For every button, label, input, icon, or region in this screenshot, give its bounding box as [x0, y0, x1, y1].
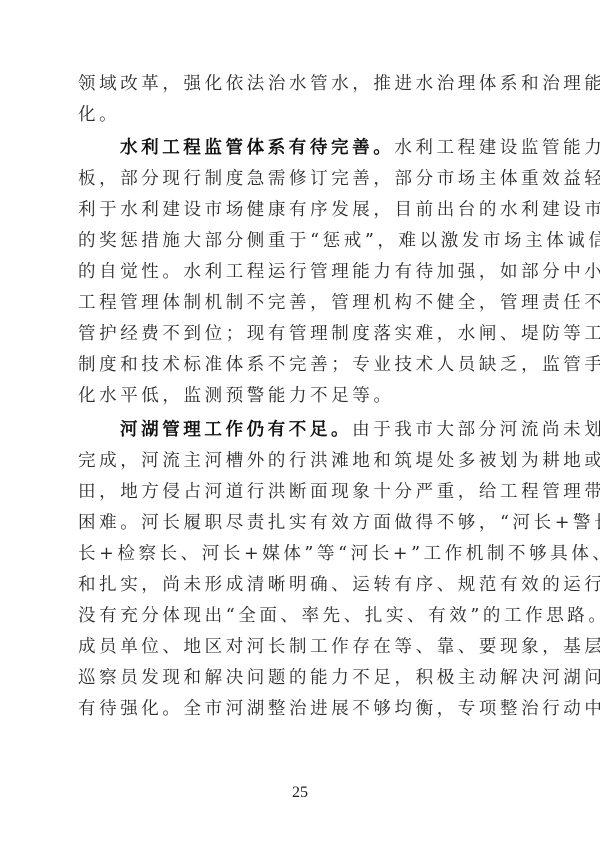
- line-text: 领域改革，强化依法治水管水，推进水治理体系和治理能力现代: [78, 74, 600, 94]
- line-text: 板，部分现行制度急需修订完善，部分市场主体重效益轻诚信不: [78, 169, 600, 189]
- text-line: 板，部分现行制度急需修订完善，部分市场主体重效益轻诚信不: [78, 167, 526, 191]
- line-text: 没有充分体现出“全面、率先、扎实、有效”的工作思路。部分: [78, 606, 600, 626]
- text-line: 困难。河长履职尽责扎实有效方面做得不够，“河长+警长、河: [78, 511, 526, 535]
- text-line: 工程管理体制机制不完善，管理机构不健全，管理责任不落实，: [78, 291, 526, 315]
- text-line: 没有充分体现出“全面、率先、扎实、有效”的工作思路。部分: [78, 604, 526, 628]
- line-text: 的自觉性。水利工程运行管理能力有待加强，如部分中小型水利: [78, 262, 600, 282]
- text-line: 化。: [78, 103, 526, 127]
- line-text: 由于我市大部分河流尚未划界确权: [352, 420, 600, 440]
- text-line: 管护经费不到位；现有管理制度落实难，水闸、堤防等工程管理: [78, 322, 526, 346]
- line-text: 田，地方侵占河道行洪断面现象十分严重，给工程管理带来很大: [78, 482, 600, 502]
- text-line: 完成，河流主河槽外的行洪滩地和筑堤处多被划为耕地或基本农: [78, 449, 526, 473]
- text-line: 成员单位、地区对河长制工作存在等、靠、要现象，基层河长、: [78, 635, 526, 659]
- line-text: 管护经费不到位；现有管理制度落实难，水闸、堤防等工程管理: [78, 324, 600, 344]
- line-text: 制度和技术标准体系不完善；专业技术人员缺乏，监管手段信息: [78, 355, 600, 375]
- line-text: 长+检察长、河长+媒体”等“河长+”工作机制不够具体、深入: [78, 544, 600, 564]
- text-line: 和扎实，尚未形成清晰明确、运转有序、规范有效的运行制度，: [78, 573, 526, 597]
- paragraph-heading: 水利工程监管体系有待完善。: [120, 138, 394, 158]
- line-text: 困难。河长履职尽责扎实有效方面做得不够，“河长+警长、河: [78, 513, 600, 533]
- text-line: 巡察员发现和解决问题的能力不足，积极主动解决河湖问题意识: [78, 666, 526, 690]
- line-text: 的奖惩措施大部分侧重于“惩戒”，难以激发市场主体诚信守信: [78, 231, 600, 251]
- document-page: 领域改革，强化依法治水管水，推进水治理体系和治理能力现代 化。 水利工程监管体系…: [0, 0, 600, 849]
- line-text: 水利工程建设监管能力尚有短: [394, 138, 600, 158]
- text-line: 长+检察长、河长+媒体”等“河长+”工作机制不够具体、深入: [78, 542, 526, 566]
- text-line: 利于水利建设市场健康有序发展，目前出台的水利建设市场监管: [78, 198, 526, 222]
- text-line: 制度和技术标准体系不完善；专业技术人员缺乏，监管手段信息: [78, 353, 526, 377]
- paragraph-heading: 河湖管理工作仍有不足。: [120, 420, 352, 440]
- line-text: 工程管理体制机制不完善，管理机构不健全，管理责任不落实，: [78, 293, 600, 313]
- text-line: 化水平低，监测预警能力不足等。: [78, 384, 526, 408]
- line-text: 完成，河流主河槽外的行洪滩地和筑堤处多被划为耕地或基本农: [78, 451, 600, 471]
- line-text: 成员单位、地区对河长制工作存在等、靠、要现象，基层河长、: [78, 637, 600, 657]
- line-text: 化水平低，监测预警能力不足等。: [78, 386, 395, 406]
- line-text: 巡察员发现和解决问题的能力不足，积极主动解决河湖问题意识: [78, 668, 600, 688]
- text-line: 领域改革，强化依法治水管水，推进水治理体系和治理能力现代: [78, 72, 526, 96]
- line-text: 和扎实，尚未形成清晰明确、运转有序、规范有效的运行制度，: [78, 575, 600, 595]
- page-number: 25: [0, 784, 600, 802]
- paragraph-heading-line: 河湖管理工作仍有不足。由于我市大部分河流尚未划界确权: [120, 418, 526, 442]
- text-line: 的自觉性。水利工程运行管理能力有待加强，如部分中小型水利: [78, 260, 526, 284]
- line-text: 有待强化。全市河湖整治进展不够均衡，专项整治行动中，黄河、: [78, 699, 600, 719]
- text-line: 有待强化。全市河湖整治进展不够均衡，专项整治行动中，黄河、: [78, 697, 526, 721]
- line-text: 化。: [78, 105, 120, 125]
- text-line: 田，地方侵占河道行洪断面现象十分严重，给工程管理带来很大: [78, 480, 526, 504]
- paragraph-heading-line: 水利工程监管体系有待完善。水利工程建设监管能力尚有短: [120, 136, 526, 160]
- line-text: 利于水利建设市场健康有序发展，目前出台的水利建设市场监管: [78, 200, 600, 220]
- text-line: 的奖惩措施大部分侧重于“惩戒”，难以激发市场主体诚信守信: [78, 229, 526, 253]
